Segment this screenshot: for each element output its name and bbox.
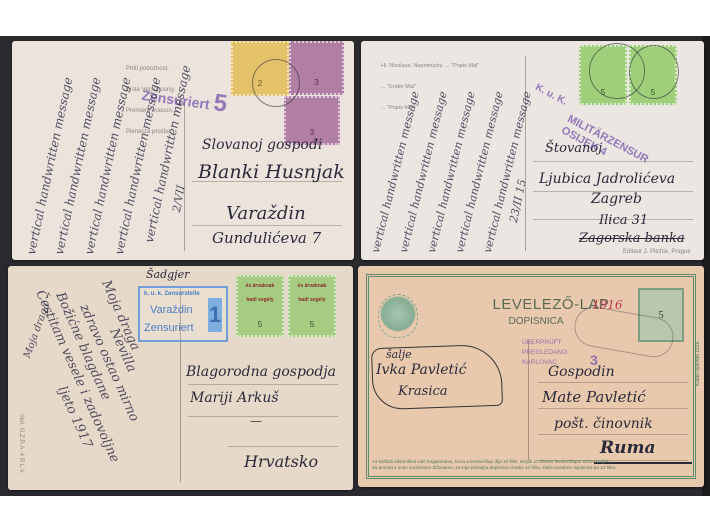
address-line-4: Gundulićeva 7 (212, 229, 321, 247)
overprint-mid: hadi segély (290, 297, 334, 303)
censor-cachet: K. u. K. (532, 81, 569, 110)
postcard-bottom-right: LEVELEZŐ-LAP DOPISNICA 1916 5 ÜBERPRÜFT … (358, 266, 704, 487)
overprint-mid: hadi segély (238, 297, 282, 303)
postmark-circle (252, 59, 300, 107)
stamp-value: 5 (258, 320, 262, 329)
sender-note: Šadgjer (146, 268, 189, 281)
sender-line-2: Ivka Pavletić (376, 362, 466, 378)
cachet-line: PREGLEDANO (522, 348, 567, 358)
address-line-5: Zagorska banka (579, 231, 685, 246)
address-line-3: Varaždin (226, 203, 306, 224)
footer-notice: Az külföldi államokkal való forgalomban,… (372, 459, 688, 471)
censor-cachet-box: k. u. k. Zensurstelle Varaždin Zensurier… (138, 286, 228, 342)
postcard-top-left: Pritti pobožnost. Erste Versöhnung. Prem… (12, 41, 354, 260)
address-line (538, 434, 688, 435)
address-line-1: Gospodin (548, 364, 615, 380)
stamp-value: 3 (310, 128, 314, 137)
address-line-2: Mate Pavletić (542, 388, 646, 406)
address-line (188, 384, 338, 385)
postmark-circle (629, 45, 679, 99)
cachet-line: ÜBERPRÜFT (522, 338, 567, 348)
address-line-3: — (250, 414, 262, 428)
cachet-line: k. u. k. Zensurstelle (144, 291, 200, 297)
address-line-4: Hrvatsko (244, 452, 318, 471)
cachet-number: 1 (208, 298, 222, 332)
cachet-line: Zensuriert (144, 322, 194, 334)
publisher-imprint: Editeur J. Pitchie, Prague (623, 249, 691, 256)
card-divider (525, 56, 526, 251)
address-line-1: Štovanoj (545, 141, 602, 156)
address-line-1: Blagorodna gospodja (186, 364, 336, 380)
address-line-3: pošt. činovnik (554, 416, 653, 432)
overprint-top: és árvaknak (238, 283, 282, 289)
stamp-green-overprint: és árvaknak hadi segély 5 (236, 275, 284, 337)
header-line: Hl. Nicolaus. Nepomucky. ... "Popis Mal" (381, 63, 479, 70)
address-line-1: Slovanoj gospođi (202, 137, 322, 153)
card-divider (184, 101, 185, 251)
side-imprint: Kiadó nyomda 1916. (695, 340, 702, 386)
sender-line-1: šalje (386, 348, 412, 361)
sender-line-3: Krasica (398, 384, 448, 399)
publisher-imprint: Verl. G.Z.R.A. 4 R.L.V. (17, 414, 24, 474)
cachet-number: 5 (212, 89, 229, 118)
stamp-value: 5 (310, 320, 314, 329)
footer-line: Za promet s onim inozemnim državama, za … (372, 465, 688, 471)
postcard-bottom-left: és árvaknak hadi segély 5 és árvaknak ha… (8, 266, 353, 490)
address-line-3: Zagreb (591, 191, 642, 207)
address-line (538, 408, 688, 409)
cachet-line: K. u. K. (532, 81, 569, 110)
address-line-2: Ljubica Jadrolićeva (539, 171, 675, 187)
address-line-2: Mariji Arkuš (190, 390, 279, 406)
address-line-2: Blanki Husnjak (198, 161, 345, 183)
cachet-line: Varaždin (150, 304, 193, 316)
address-line-4: Ilica 31 (599, 213, 648, 228)
header-line: Pritti pobožnost. (126, 66, 175, 73)
address-line (188, 416, 338, 417)
stamp-value: 3 (314, 78, 318, 87)
overprint-top: és árvaknak (290, 283, 334, 289)
address-line (228, 446, 338, 447)
postcard-top-right: Hl. Nicolaus. Nepomucky. ... "Popis Mal"… (361, 41, 704, 260)
address-line-4: Ruma (600, 438, 656, 458)
stamp-green-overprint: és árvaknak hadi segély 5 (288, 275, 336, 337)
address-line (192, 225, 342, 226)
address-line (538, 382, 688, 383)
